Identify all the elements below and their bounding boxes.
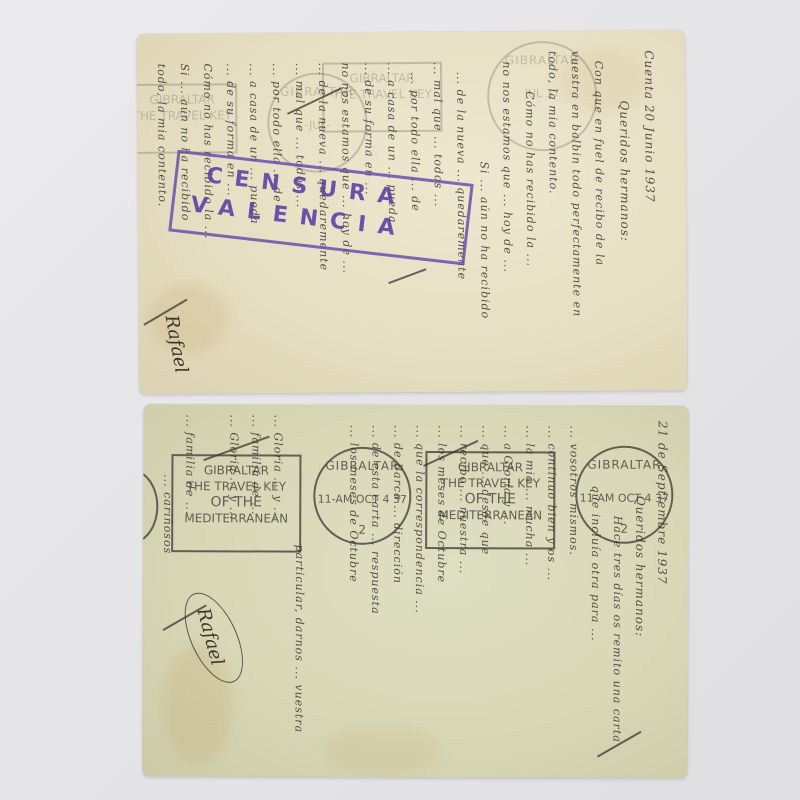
handwritten-date: 21 de Septiembre 1937 [655, 421, 670, 585]
handwritten-line: ... de Barca ... dirección [391, 425, 405, 584]
handwritten-line: todo, la mia contento. [155, 64, 169, 208]
handwritten-line: Si ... aún no ha recibido [478, 161, 492, 319]
handwritten-line: ... la mia ... mucha ... [523, 425, 536, 566]
handwritten-line: ... cariñosos [161, 474, 174, 554]
handwritten-line: Cómo no has recibido la ... [523, 91, 537, 267]
handwritten-line: ... los meses de Octubre [347, 425, 361, 583]
paper-stain [322, 725, 442, 775]
postcard-bottom: GIBRALTAR THE TRAVEL KEY OF THE MEDITERR… [142, 404, 688, 778]
postcard-top: GIBRALTAR -JUL- GIBRALTAR JUL 37 GIBRALT… [137, 30, 687, 394]
handwritten-line: vuestra en balbin todo perfectamente en [569, 51, 584, 317]
handwritten-line: todo, la mia contento. [546, 51, 560, 195]
handwritten-line: no nos estamos que ... hoy de ... [500, 61, 514, 273]
handwritten-line: ... de esta carta ... respuesta [369, 425, 383, 615]
handwritten-line: ... familia de ... [249, 414, 262, 515]
handwritten-line: ... Gloria ... y ... [271, 414, 284, 520]
handwritten-line: Hace tres días os remito una carta [610, 516, 624, 743]
handwritten-line: ... vosotros mismos. [567, 426, 580, 556]
pen-stroke [388, 268, 426, 283]
handwritten-line: que incluía otra para ... [589, 486, 603, 642]
handwritten-line: Con que en fuel de recibo de la [592, 61, 606, 266]
handwritten-line: ... que ... desde que [479, 425, 492, 555]
handwritten-line: ... familia de ... [183, 414, 196, 515]
handwritten-line: ... que la correspondencia ... [413, 425, 427, 614]
partial-postmark [142, 469, 158, 544]
handwritten-salutation: Queridos hermanos: [617, 100, 632, 241]
handwritten-line: ... los meses de Octubre [435, 425, 449, 583]
handwritten-line: particular, darnos ... vuestra [293, 545, 307, 734]
handwritten-line: ... a Gloria y ... [501, 425, 514, 525]
handwritten-line: ... continuo bien y os ... [545, 425, 559, 581]
handwritten-line: ... Gloria ... y ... [227, 414, 240, 520]
handwritten-date: Cuenta 20 Junio 1937 [642, 50, 657, 202]
handwritten-salutation: Queridos hermanos: [633, 496, 647, 637]
